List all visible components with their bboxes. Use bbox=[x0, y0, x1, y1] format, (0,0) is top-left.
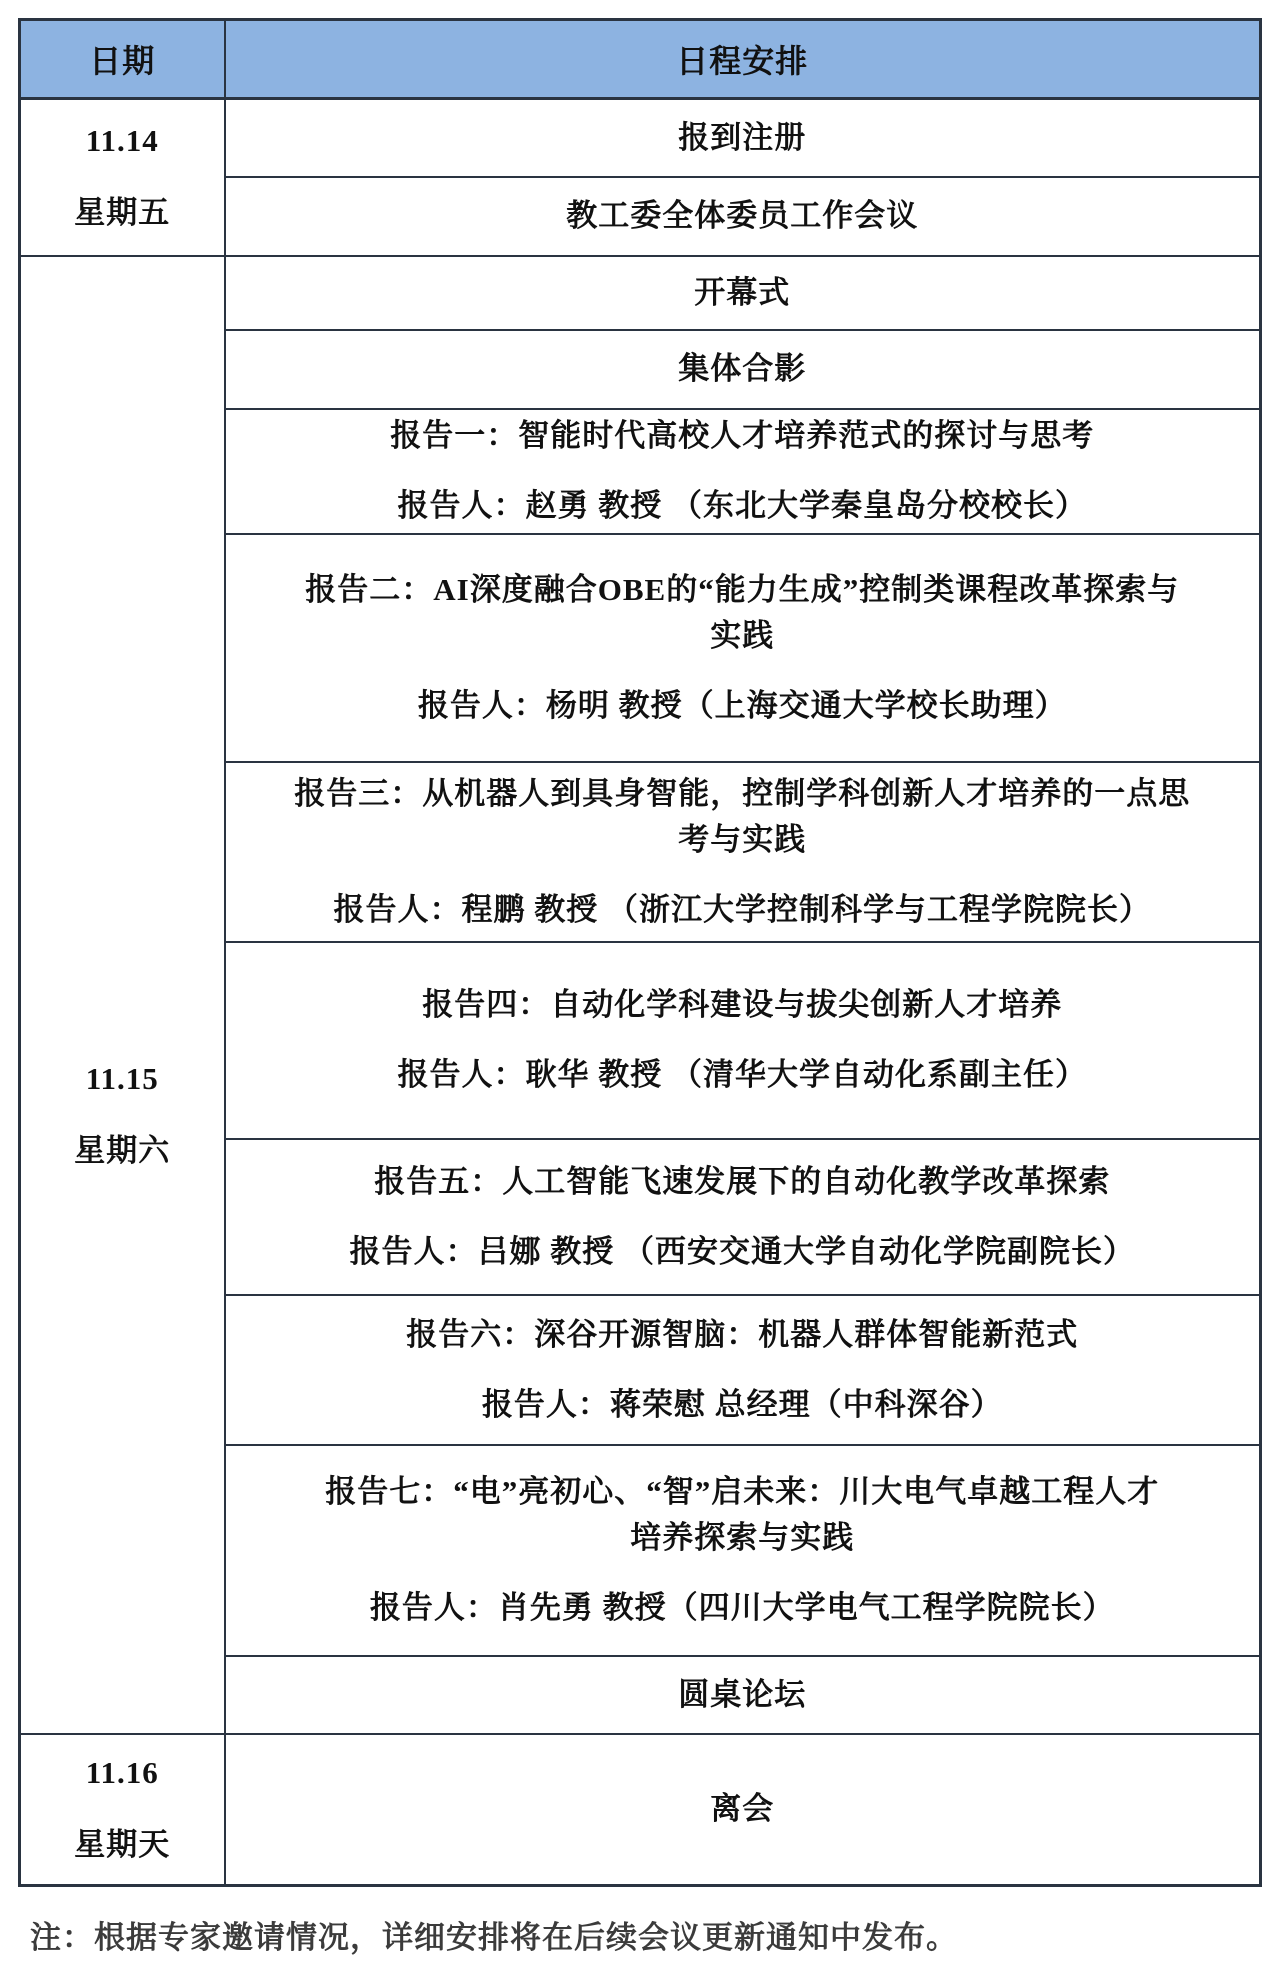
report-speaker: 报告人：赵勇 教授 （东北大学秦皇岛分校校长） bbox=[226, 483, 1260, 529]
weekday-label: 星期五 bbox=[21, 190, 224, 236]
table-header-row: 日期 日程安排 bbox=[20, 20, 1261, 99]
weekday-label: 星期天 bbox=[21, 1822, 224, 1868]
event-title: 离会 bbox=[226, 1786, 1260, 1832]
date-column-header: 日期 bbox=[20, 20, 225, 99]
report-title: 报告三：从机器人到具身智能，控制学科创新人才培养的一点思 bbox=[226, 771, 1260, 817]
schedule-cell: 报告六：深谷开源智脑：机器人群体智能新范式 报告人：蒋荣慰 总经理（中科深谷） bbox=[225, 1295, 1261, 1445]
footnote: 注：根据专家邀请情况，详细安排将在后续会议更新通知中发布。 bbox=[30, 1912, 958, 1957]
event-title: 报到注册 bbox=[226, 115, 1260, 161]
event-title: 开幕式 bbox=[226, 270, 1260, 316]
page: 日期 日程安排 11.14 星期五 报到注册 教工委全体委员工作会议 11.15… bbox=[0, 0, 1280, 1962]
schedule-cell: 报告四：自动化学科建设与拔尖创新人才培养 报告人：耿华 教授 （清华大学自动化系… bbox=[225, 942, 1261, 1139]
schedule-cell: 集体合影 bbox=[225, 330, 1261, 409]
schedule-cell: 报告一：智能时代高校人才培养范式的探讨与思考 报告人：赵勇 教授 （东北大学秦皇… bbox=[225, 409, 1261, 534]
report-speaker: 报告人：程鹏 教授 （浙江大学控制科学与工程学院院长） bbox=[226, 887, 1260, 933]
table-row: 11.15 星期六 开幕式 bbox=[20, 256, 1261, 330]
event-title: 教工委全体委员工作会议 bbox=[226, 193, 1260, 239]
agenda-table: 日期 日程安排 11.14 星期五 报到注册 教工委全体委员工作会议 11.15… bbox=[18, 18, 1262, 1887]
table-row: 11.16 星期天 离会 bbox=[20, 1734, 1261, 1886]
schedule-cell: 报告七：“电”亮初心、“智”启未来：川大电气卓越工程人才 培养探索与实践 报告人… bbox=[225, 1445, 1261, 1656]
schedule-cell: 开幕式 bbox=[225, 256, 1261, 330]
schedule-cell: 教工委全体委员工作会议 bbox=[225, 177, 1261, 256]
table-row: 11.14 星期五 报到注册 bbox=[20, 99, 1261, 177]
report-title: 报告六：深谷开源智脑：机器人群体智能新范式 bbox=[226, 1312, 1260, 1358]
schedule-cell: 报告五：人工智能飞速发展下的自动化教学改革探索 报告人：吕娜 教授 （西安交通大… bbox=[225, 1139, 1261, 1295]
report-title: 报告一：智能时代高校人才培养范式的探讨与思考 bbox=[226, 413, 1260, 459]
report-title: 报告五：人工智能飞速发展下的自动化教学改革探索 bbox=[226, 1159, 1260, 1205]
date-cell-1114: 11.14 星期五 bbox=[20, 99, 225, 256]
event-title: 圆桌论坛 bbox=[226, 1672, 1260, 1718]
schedule-cell: 离会 bbox=[225, 1734, 1261, 1886]
report-speaker: 报告人：蒋荣慰 总经理（中科深谷） bbox=[226, 1382, 1260, 1428]
date-value: 11.14 bbox=[21, 118, 224, 164]
report-title: 报告四：自动化学科建设与拔尖创新人才培养 bbox=[226, 982, 1260, 1028]
schedule-cell: 报到注册 bbox=[225, 99, 1261, 177]
date-cell-1116: 11.16 星期天 bbox=[20, 1734, 225, 1886]
date-cell-1115: 11.15 星期六 bbox=[20, 256, 225, 1734]
report-title-wrap: 考与实践 bbox=[226, 817, 1260, 863]
report-title: 报告七：“电”亮初心、“智”启未来：川大电气卓越工程人才 bbox=[226, 1469, 1260, 1515]
report-speaker: 报告人：杨明 教授（上海交通大学校长助理） bbox=[226, 683, 1260, 729]
schedule-cell: 报告二：AI深度融合OBE的“能力生成”控制类课程改革探索与 实践 报告人：杨明… bbox=[225, 534, 1261, 762]
report-speaker: 报告人：耿华 教授 （清华大学自动化系副主任） bbox=[226, 1052, 1260, 1098]
event-title: 集体合影 bbox=[226, 346, 1260, 392]
report-title-wrap: 培养探索与实践 bbox=[226, 1515, 1260, 1561]
report-title: 报告二：AI深度融合OBE的“能力生成”控制类课程改革探索与 bbox=[226, 567, 1260, 613]
date-value: 11.15 bbox=[21, 1056, 224, 1102]
agenda-column-header: 日程安排 bbox=[225, 20, 1261, 99]
report-speaker: 报告人：吕娜 教授 （西安交通大学自动化学院副院长） bbox=[226, 1229, 1260, 1275]
schedule-cell: 圆桌论坛 bbox=[225, 1656, 1261, 1734]
schedule-cell: 报告三：从机器人到具身智能，控制学科创新人才培养的一点思 考与实践 报告人：程鹏… bbox=[225, 762, 1261, 942]
date-value: 11.16 bbox=[21, 1750, 224, 1796]
report-title-wrap: 实践 bbox=[226, 613, 1260, 659]
report-speaker: 报告人：肖先勇 教授（四川大学电气工程学院院长） bbox=[226, 1585, 1260, 1631]
weekday-label: 星期六 bbox=[21, 1128, 224, 1174]
